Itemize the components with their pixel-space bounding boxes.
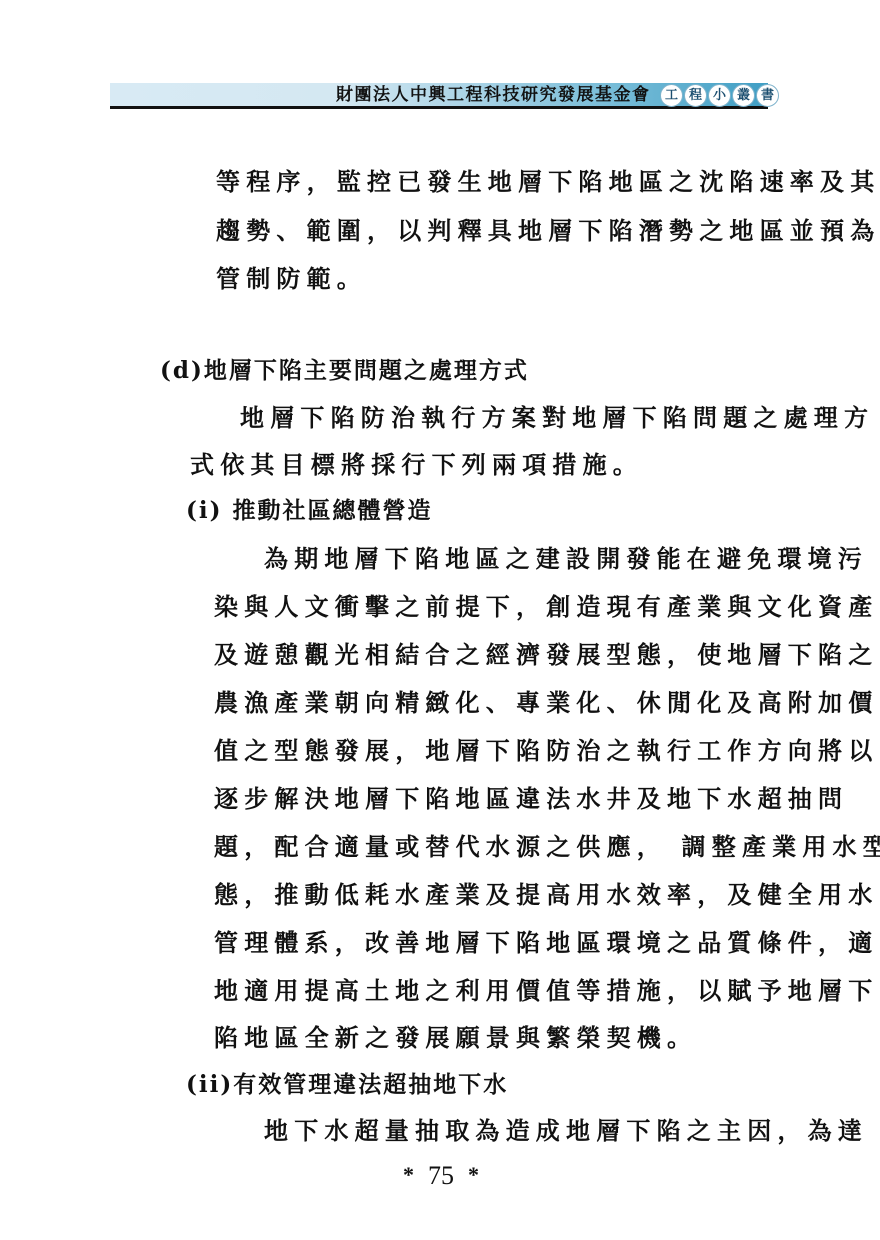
series-badges: 工 程 小 叢 書 xyxy=(660,84,779,107)
publisher-name: 財團法人中興工程科技研究發展基金會 xyxy=(336,84,651,106)
page-footer: *75* xyxy=(386,1160,496,1191)
paragraph-line: 等程序，監控已發生地層下陷地區之沈陷速率及其 xyxy=(216,167,880,197)
page-number: 75 xyxy=(428,1161,454,1190)
star-ornament-icon: * xyxy=(454,1162,493,1187)
paragraph-line: 地層下陷防治執行方案對地層下陷問題之處理方 xyxy=(240,403,874,433)
paragraph-line: 管理體系，改善地層下陷地區環境之品質條件，適 xyxy=(214,928,878,958)
series-badge-icon: 工 xyxy=(660,84,683,107)
paragraph-line: 值之型態發展，地層下陷防治之執行工作方向將以 xyxy=(214,736,878,766)
series-badge-icon: 程 xyxy=(684,84,707,107)
paragraph-line: 染與人文衝擊之前提下，創造現有產業與文化資產 xyxy=(214,592,878,622)
star-ornament-icon: * xyxy=(389,1162,428,1187)
paragraph-line: 地適用提高土地之利用價值等措施，以賦予地層下 xyxy=(214,976,878,1006)
subsection-heading: (ii)有效管理違法超抽地下水 xyxy=(186,1070,508,1100)
paragraph-line: 題，配合適量或替代水源之供應， 調整產業用水型 xyxy=(214,832,880,862)
paragraph-line: 式依其目標將採行下列兩項措施。 xyxy=(190,450,643,480)
section-heading: (d)地層下陷主要問題之處理方式 xyxy=(160,356,529,386)
paragraph-line: 為期地層下陷地區之建設開發能在避免環境污 xyxy=(264,544,868,574)
series-badge-icon: 叢 xyxy=(732,84,755,107)
series-badge-icon: 小 xyxy=(708,84,731,107)
paragraph-line: 態，推動低耗水產業及提高用水效率，及健全用水 xyxy=(214,880,878,910)
subsection-heading: (i) 推動社區總體營造 xyxy=(186,496,433,526)
paragraph-line: 及遊憩觀光相結合之經濟發展型態，使地層下陷之 xyxy=(214,640,878,670)
paragraph-line: 陷地區全新之發展願景與繁榮契機。 xyxy=(214,1023,697,1053)
paragraph-line: 逐步解決地層下陷地區違法水井及地下水超抽問 xyxy=(214,784,848,814)
series-badge-icon: 書 xyxy=(756,84,779,107)
paragraph-line: 農漁產業朝向精緻化、專業化、休閒化及高附加價 xyxy=(214,688,878,718)
paragraph-line: 趨勢、範圍，以判釋具地層下陷潛勢之地區並預為 xyxy=(216,216,880,246)
paragraph-line: 地下水超量抽取為造成地層下陷之主因，為達 xyxy=(264,1116,868,1146)
paragraph-line: 管制防範。 xyxy=(216,264,367,294)
